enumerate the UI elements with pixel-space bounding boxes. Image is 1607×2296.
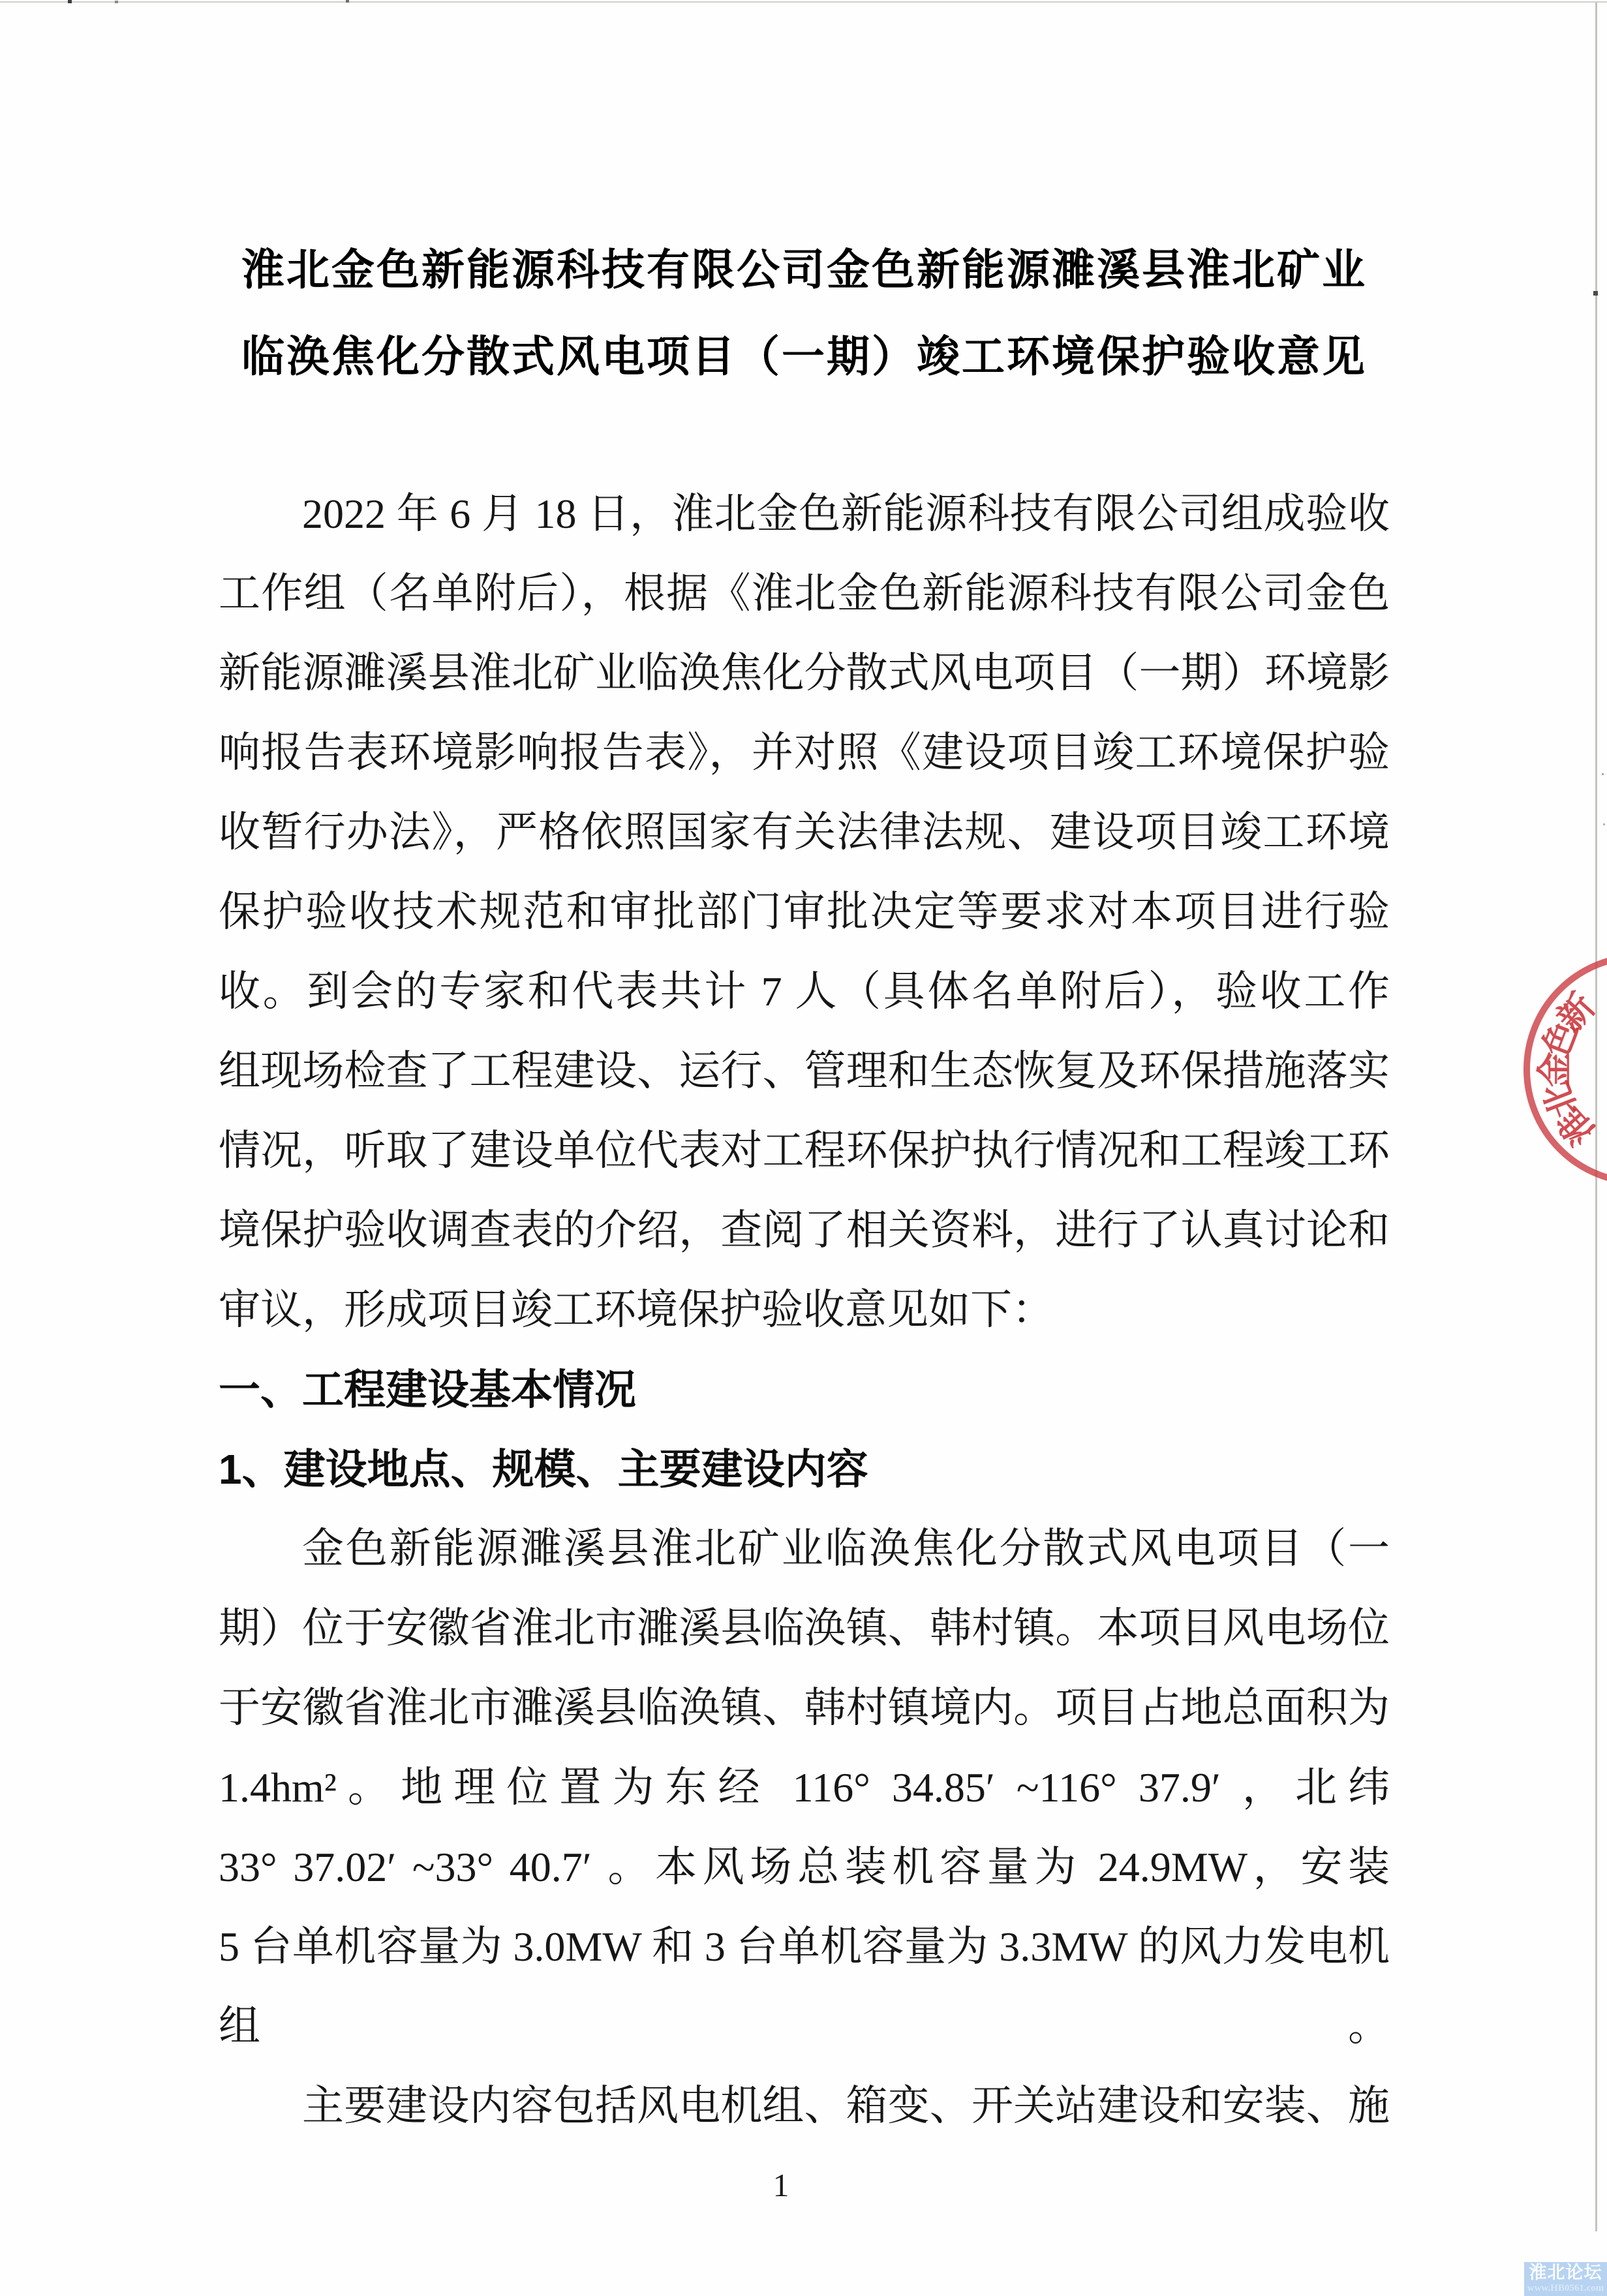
body-line: 响报告表环境影响报告表》，并对照《建设项目竣工环境保护验 <box>219 713 1390 793</box>
body-line: 收暂行办法》，严格依照国家有关法律法规、建设项目竣工环境 <box>219 793 1390 872</box>
body-line: 于安徽省淮北市濉溪县临涣镇、韩村镇境内。项目占地总面积为 <box>219 1668 1390 1748</box>
body-line: 保护验收技术规范和审批部门审批决定等要求对本项目进行验 <box>219 872 1390 952</box>
body-line: 新能源濉溪县淮北矿业临涣焦化分散式风电项目（一期）环境影 <box>219 634 1390 713</box>
body-line: 境保护验收调查表的介绍，查阅了相关资料，进行了认真讨论和 <box>219 1191 1390 1270</box>
forum-watermark: 淮北论坛 www.HB0561.com <box>1524 2262 1607 2296</box>
scan-speck <box>1603 823 1605 825</box>
forum-watermark-title: 淮北论坛 <box>1524 2262 1607 2283</box>
document-body: 2022 年 6 月 18 日，淮北金色新能源科技有限公司组成验收 工作组（名单… <box>219 474 1390 2146</box>
body-line: 审议，形成项目竣工环境保护验收意见如下： <box>219 1270 1390 1350</box>
forum-watermark-url: www.HB0561.com <box>1524 2283 1607 2294</box>
section-heading: 一、工程建设基本情况 <box>219 1350 1390 1430</box>
body-line: 33° 37.02′ ~33° 40.7′ 。本风场总装机容量为 24.9MW，… <box>219 1828 1390 1907</box>
scan-speck <box>346 0 349 3</box>
page-number: 1 <box>761 2166 801 2204</box>
body-line: 主要建设内容包括风电机组、箱变、开关站建设和安装、施 <box>219 2066 1390 2146</box>
body-line: 1.4hm²。地理位置为东经 116° 34.85′ ~116° 37.9′ ，… <box>219 1748 1390 1828</box>
body-line: 组现场检查了工程建设、运行、管理和生态恢复及环保措施落实 <box>219 1032 1390 1111</box>
body-line: 期）位于安徽省淮北市濉溪县临涣镇、韩村镇。本项目风电场位 <box>219 1589 1390 1668</box>
document-title: 淮北金色新能源科技有限公司金色新能源濉溪县淮北矿业 临涣焦化分散式风电项目（一期… <box>219 227 1390 401</box>
document-title-line-2: 临涣焦化分散式风电项目（一期）竣工环境保护验收意见 <box>219 314 1390 401</box>
body-line: 工作组（名单附后），根据《淮北金色新能源科技有限公司金色 <box>219 554 1390 634</box>
body-line: 5 台单机容量为 3.0MW 和 3 台单机容量为 3.3MW 的风力发电机组。 <box>219 1907 1390 2066</box>
document-page: 淮北金色新能源科技有限公司金色新能源濉溪县淮北矿业 临涣焦化分散式风电项目（一期… <box>0 0 1607 2296</box>
body-line: 2022 年 6 月 18 日，淮北金色新能源科技有限公司组成验收 <box>219 474 1390 554</box>
scan-speck <box>68 0 72 3</box>
scan-speck <box>1602 773 1604 775</box>
scan-speck <box>115 1 118 3</box>
scan-speck <box>1593 291 1598 296</box>
document-title-line-1: 淮北金色新能源科技有限公司金色新能源濉溪县淮北矿业 <box>219 227 1390 314</box>
body-line: 收。到会的专家和代表共计 7 人（具体名单附后），验收工作 <box>219 952 1390 1032</box>
scan-edge-top <box>0 1 1607 3</box>
subsection-heading: 1、建设地点、规模、主要建设内容 <box>219 1430 1390 1509</box>
body-line: 情况，听取了建设单位代表对工程环保护执行情况和工程竣工环 <box>219 1111 1390 1191</box>
body-line: 金色新能源濉溪县淮北矿业临涣焦化分散式风电项目（一 <box>219 1509 1390 1589</box>
